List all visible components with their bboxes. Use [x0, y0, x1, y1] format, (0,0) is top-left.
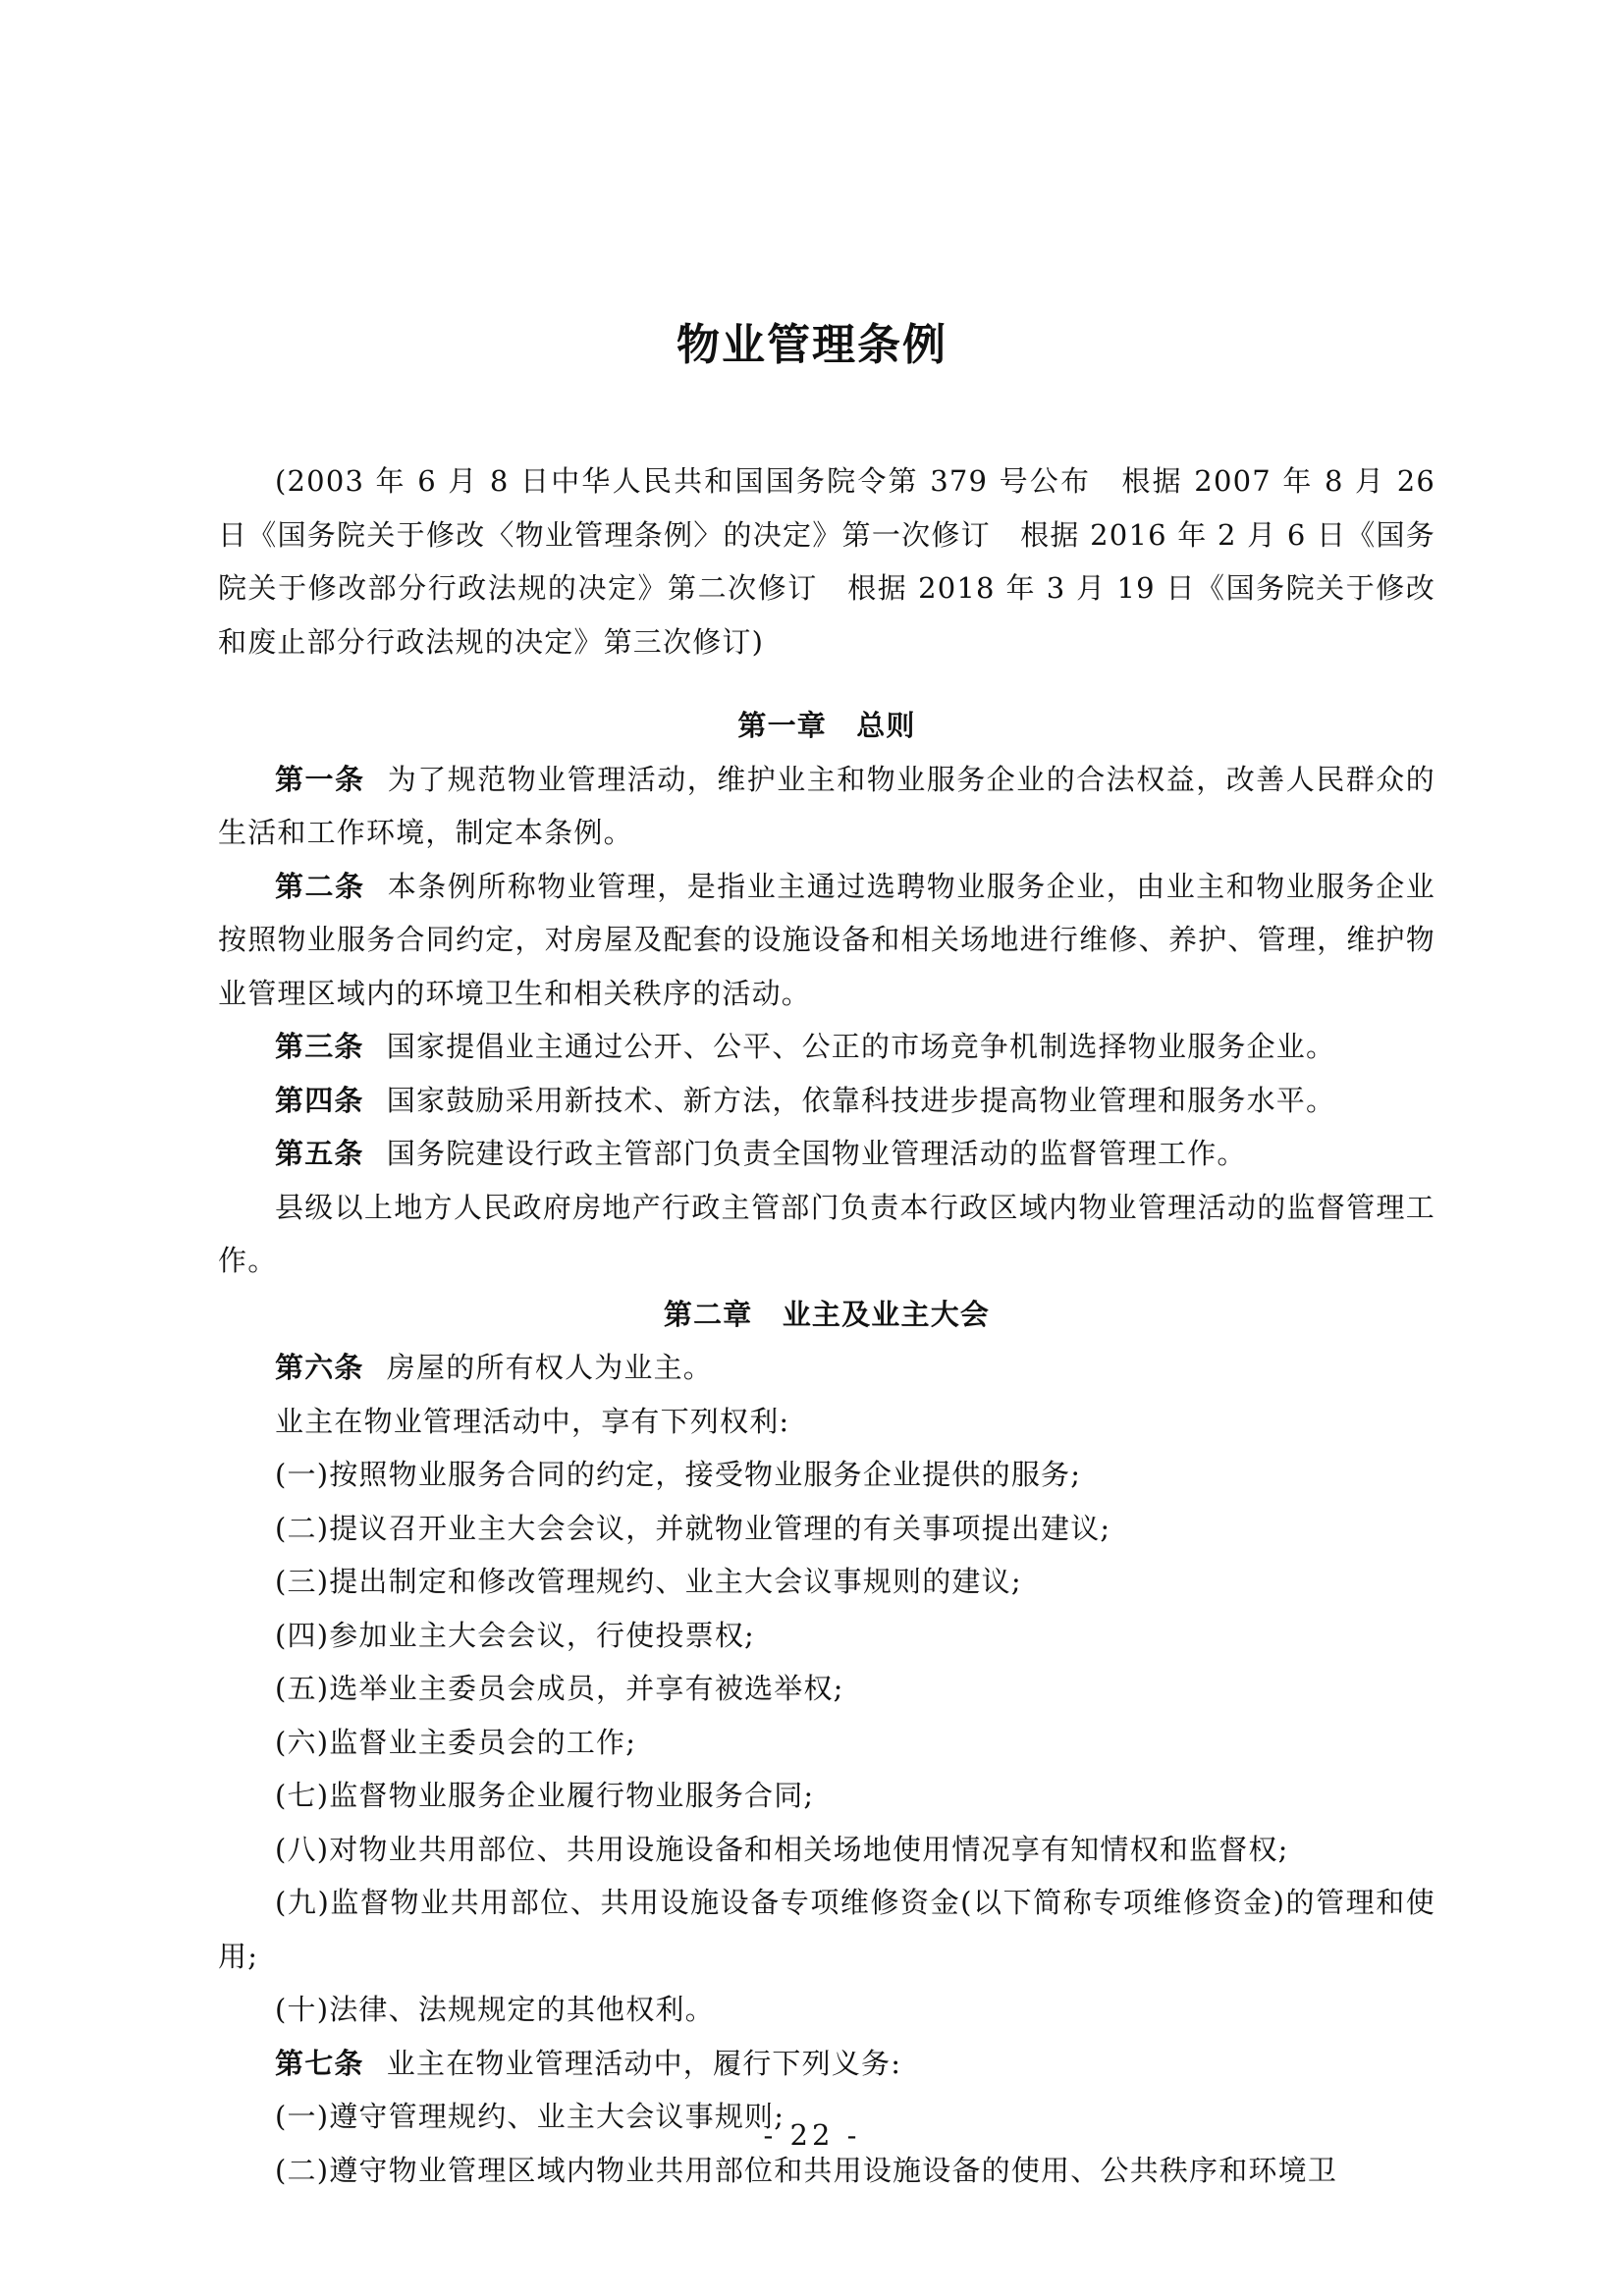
article-paragraph: 县级以上地方人民政府房地产行政主管部门负责本行政区域内物业管理活动的监督管理工作… — [218, 1181, 1435, 1288]
article-text: 为了规范物业管理活动，维护业主和物业服务企业的合法权益，改善人民群众的生活和工作… — [218, 763, 1435, 850]
list-item: (八)对物业共用部位、共用设施设备和相关场地使用情况享有知情权和监督权; — [218, 1823, 1435, 1877]
article-label: 第二条 — [275, 870, 365, 903]
document-title: 物业管理条例 — [0, 316, 1624, 375]
article-text: 房屋的所有权人为业主。 — [387, 1351, 713, 1384]
article: 第五条国务院建设行政主管部门负责全国物业管理活动的监督管理工作。 — [218, 1127, 1435, 1181]
article-text: 国家鼓励采用新技术、新方法，依靠科技进步提高物业管理和服务水平。 — [387, 1084, 1335, 1117]
article-text: 业主在物业管理活动中，履行下列义务: — [387, 2047, 901, 2080]
article-text: 国家提倡业主通过公开、公平、公正的市场竞争机制选择物业服务企业。 — [387, 1030, 1335, 1063]
article-label: 第六条 — [275, 1351, 364, 1384]
chapter-heading: 第二章 业主及业主大会 — [218, 1288, 1435, 1342]
article-label: 第七条 — [275, 2047, 364, 2080]
list-item: (五)选举业主委员会成员，并享有被选举权; — [218, 1662, 1435, 1716]
article: 第一条为了规范物业管理活动，维护业主和物业服务企业的合法权益，改善人民群众的生活… — [218, 753, 1435, 860]
preamble: (2003 年 6 月 8 日中华人民共和国国务院令第 379 号公布 根据 2… — [218, 454, 1435, 668]
article: 第二条本条例所称物业管理，是指业主通过选聘物业服务企业，由业主和物业服务企业按照… — [218, 860, 1435, 1021]
list-item: (六)监督业主委员会的工作; — [218, 1716, 1435, 1770]
list-item: (一)按照物业服务合同的约定，接受物业服务企业提供的服务; — [218, 1448, 1435, 1502]
article-label: 第五条 — [275, 1137, 364, 1170]
article-label: 第三条 — [275, 1030, 364, 1063]
article-text: 本条例所称物业管理，是指业主通过选聘物业服务企业，由业主和物业服务企业按照物业服… — [218, 870, 1435, 1010]
main-body: 第一章 总则 第一条为了规范物业管理活动，维护业主和物业服务企业的合法权益，改善… — [218, 699, 1435, 2197]
article-label: 第一条 — [275, 763, 365, 796]
list-item: (二)提议召开业主大会会议，并就物业管理的有关事项提出建议; — [218, 1502, 1435, 1556]
list-item: (三)提出制定和修改管理规约、业主大会议事规则的建议; — [218, 1555, 1435, 1609]
list-item: (七)监督物业服务企业履行物业服务合同; — [218, 1769, 1435, 1823]
list-item: (九)监督物业共用部位、共用设施设备专项维修资金(以下简称专项维修资金)的管理和… — [218, 1876, 1435, 1983]
article: 第七条业主在物业管理活动中，履行下列义务: — [218, 2037, 1435, 2091]
article-label: 第四条 — [275, 1084, 364, 1117]
list-item: (十)法律、法规规定的其他权利。 — [218, 1983, 1435, 2037]
article: 第四条国家鼓励采用新技术、新方法，依靠科技进步提高物业管理和服务水平。 — [218, 1074, 1435, 1128]
article: 第六条房屋的所有权人为业主。 — [218, 1341, 1435, 1395]
preamble-text: (2003 年 6 月 8 日中华人民共和国国务院令第 379 号公布 根据 2… — [218, 454, 1435, 668]
article-text: 国务院建设行政主管部门负责全国物业管理活动的监督管理工作。 — [387, 1137, 1247, 1170]
document-page: 物业管理条例 (2003 年 6 月 8 日中华人民共和国国务院令第 379 号… — [0, 0, 1624, 2296]
page-number: - 22 - — [0, 2118, 1624, 2152]
article: 第三条国家提倡业主通过公开、公平、公正的市场竞争机制选择物业服务企业。 — [218, 1020, 1435, 1074]
article-paragraph: 业主在物业管理活动中，享有下列权利: — [218, 1395, 1435, 1449]
list-item: (四)参加业主大会会议，行使投票权; — [218, 1609, 1435, 1663]
chapter-heading: 第一章 总则 — [218, 699, 1435, 753]
